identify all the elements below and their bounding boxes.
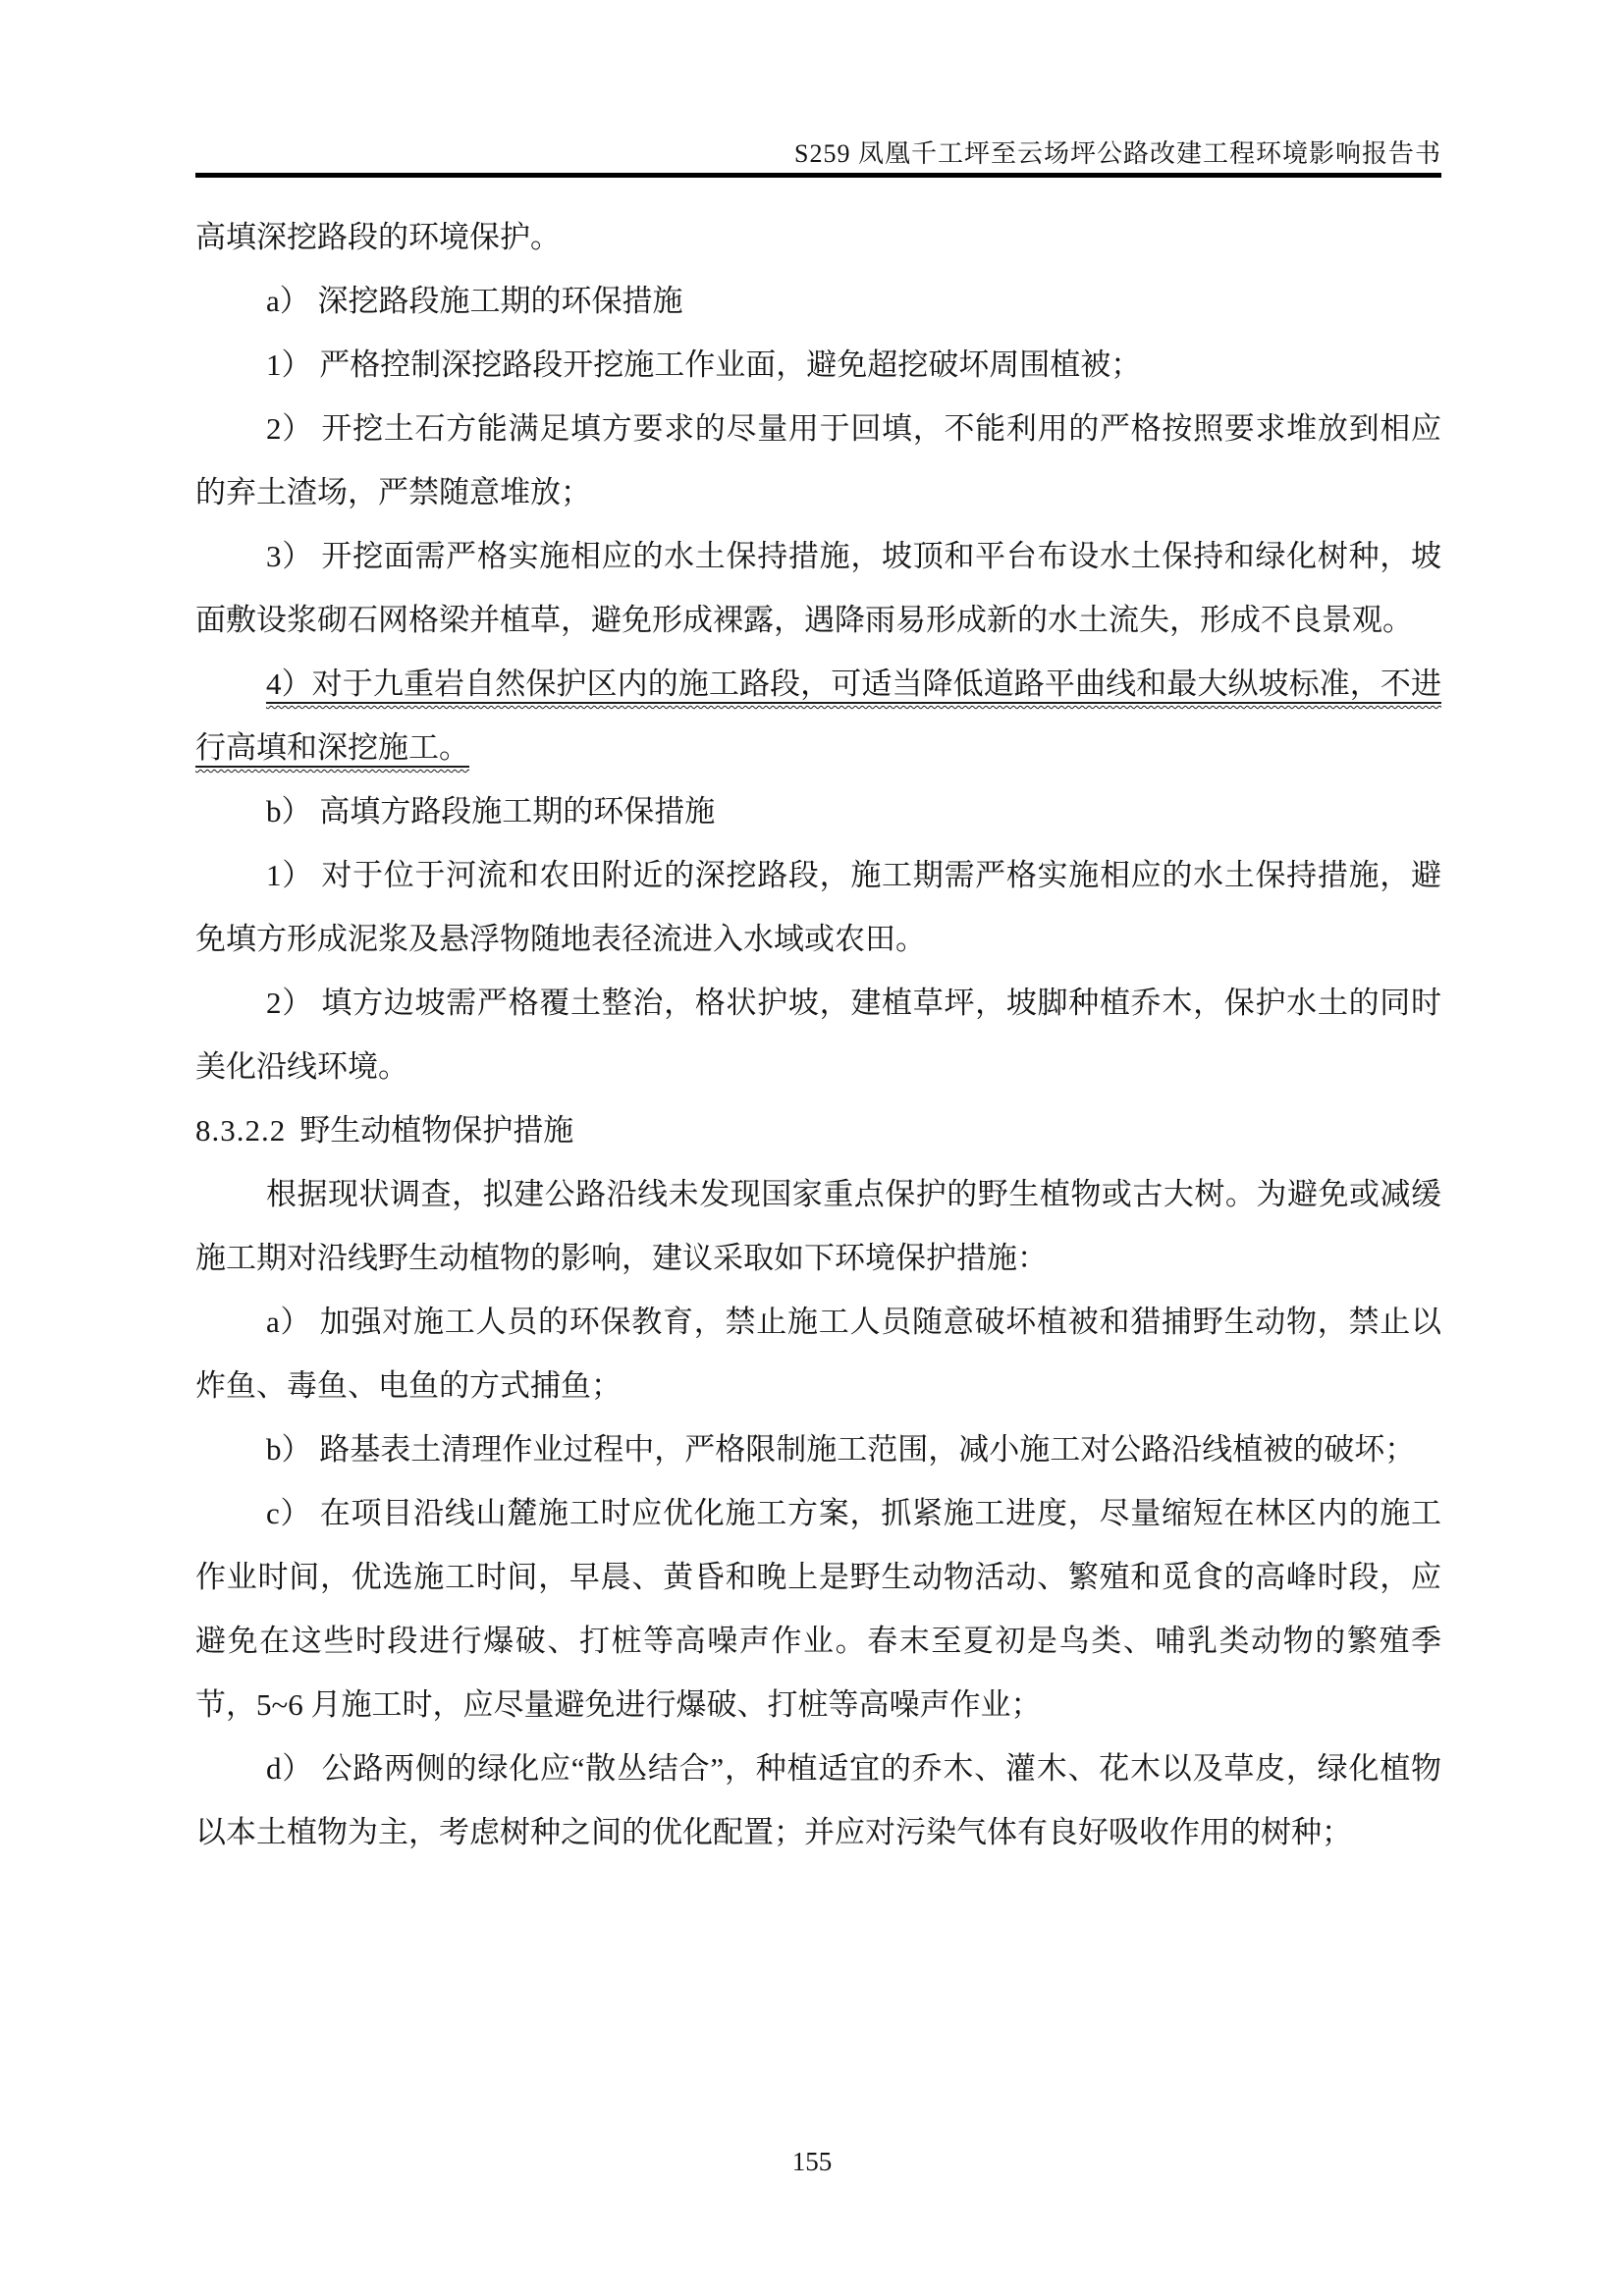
item-wild-b-topsoil: b） 路基表土清理作业过程中，严格限制施工范围，减小施工对公路沿线植被的破坏； [195, 1417, 1441, 1481]
item-b1-river-farmland: 1） 对于位于河流和农田附近的深挖路段，施工期需严格实施相应的水土保持措施，避免… [195, 843, 1441, 971]
paragraph-wildlife-intro: 根据现状调查，拟建公路沿线未发现国家重点保护的野生植物或古大树。为避免或减缓施工… [195, 1162, 1441, 1290]
item-wild-d-greening: d） 公路两侧的绿化应“散丛结合”，种植适宜的乔木、灌木、花木以及草皮，绿化植物… [195, 1736, 1441, 1864]
item-wild-a-education: a） 加强对施工人员的环保教育，禁止施工人员随意破坏植被和猎捕野生动物，禁止以炸… [195, 1290, 1441, 1417]
header-divider-rule [195, 173, 1441, 178]
document-body: 高填深挖路段的环境保护。 a） 深挖路段施工期的环保措施 1） 严格控制深挖路段… [195, 205, 1441, 1864]
section-title: 野生动植物保护措施 [299, 1113, 573, 1148]
inserted-underlined-text: 4）对于九重岩自然保护区内的施工路段，可适当降低道路平曲线和最大纵坡标准，不进行… [195, 667, 1441, 768]
paragraph-continuation: 高填深挖路段的环境保护。 [195, 205, 1441, 269]
item-4-nature-reserve-underlined: 4）对于九重岩自然保护区内的施工路段，可适当降低道路平曲线和最大纵坡标准，不进行… [195, 652, 1441, 779]
item-b-high-fill-heading: b） 高填方路段施工期的环保措施 [195, 779, 1441, 843]
section-number: 8.3.2.2 [195, 1113, 286, 1148]
document-page: S259 凤凰千工坪至云场坪公路改建工程环境影响报告书 高填深挖路段的环境保护。… [0, 0, 1624, 2296]
section-heading-8-3-2-2: 8.3.2.2野生动植物保护措施 [195, 1098, 1441, 1162]
item-b2-fill-slope: 2） 填方边坡需严格覆土整治，格状护坡，建植草坪，坡脚种植乔木，保护水土的同时美… [195, 971, 1441, 1098]
page-number: 155 [0, 2146, 1624, 2177]
item-wild-c-schedule: c） 在项目沿线山麓施工时应优化施工方案，抓紧施工进度，尽量缩短在林区内的施工作… [195, 1481, 1441, 1736]
item-1-strict-control: 1） 严格控制深挖路段开挖施工作业面，避免超挖破坏周围植被； [195, 333, 1441, 397]
item-a-deep-cut-heading: a） 深挖路段施工期的环保措施 [195, 269, 1441, 333]
item-3-soil-conservation: 3） 开挖面需严格实施相应的水土保持措施，坡顶和平台布设水土保持和绿化树种，坡面… [195, 524, 1441, 652]
page-header-title: S259 凤凰千工坪至云场坪公路改建工程环境影响报告书 [195, 138, 1441, 170]
item-2-spoil-ground: 2） 开挖土石方能满足填方要求的尽量用于回填，不能利用的严格按照要求堆放到相应的… [195, 397, 1441, 524]
